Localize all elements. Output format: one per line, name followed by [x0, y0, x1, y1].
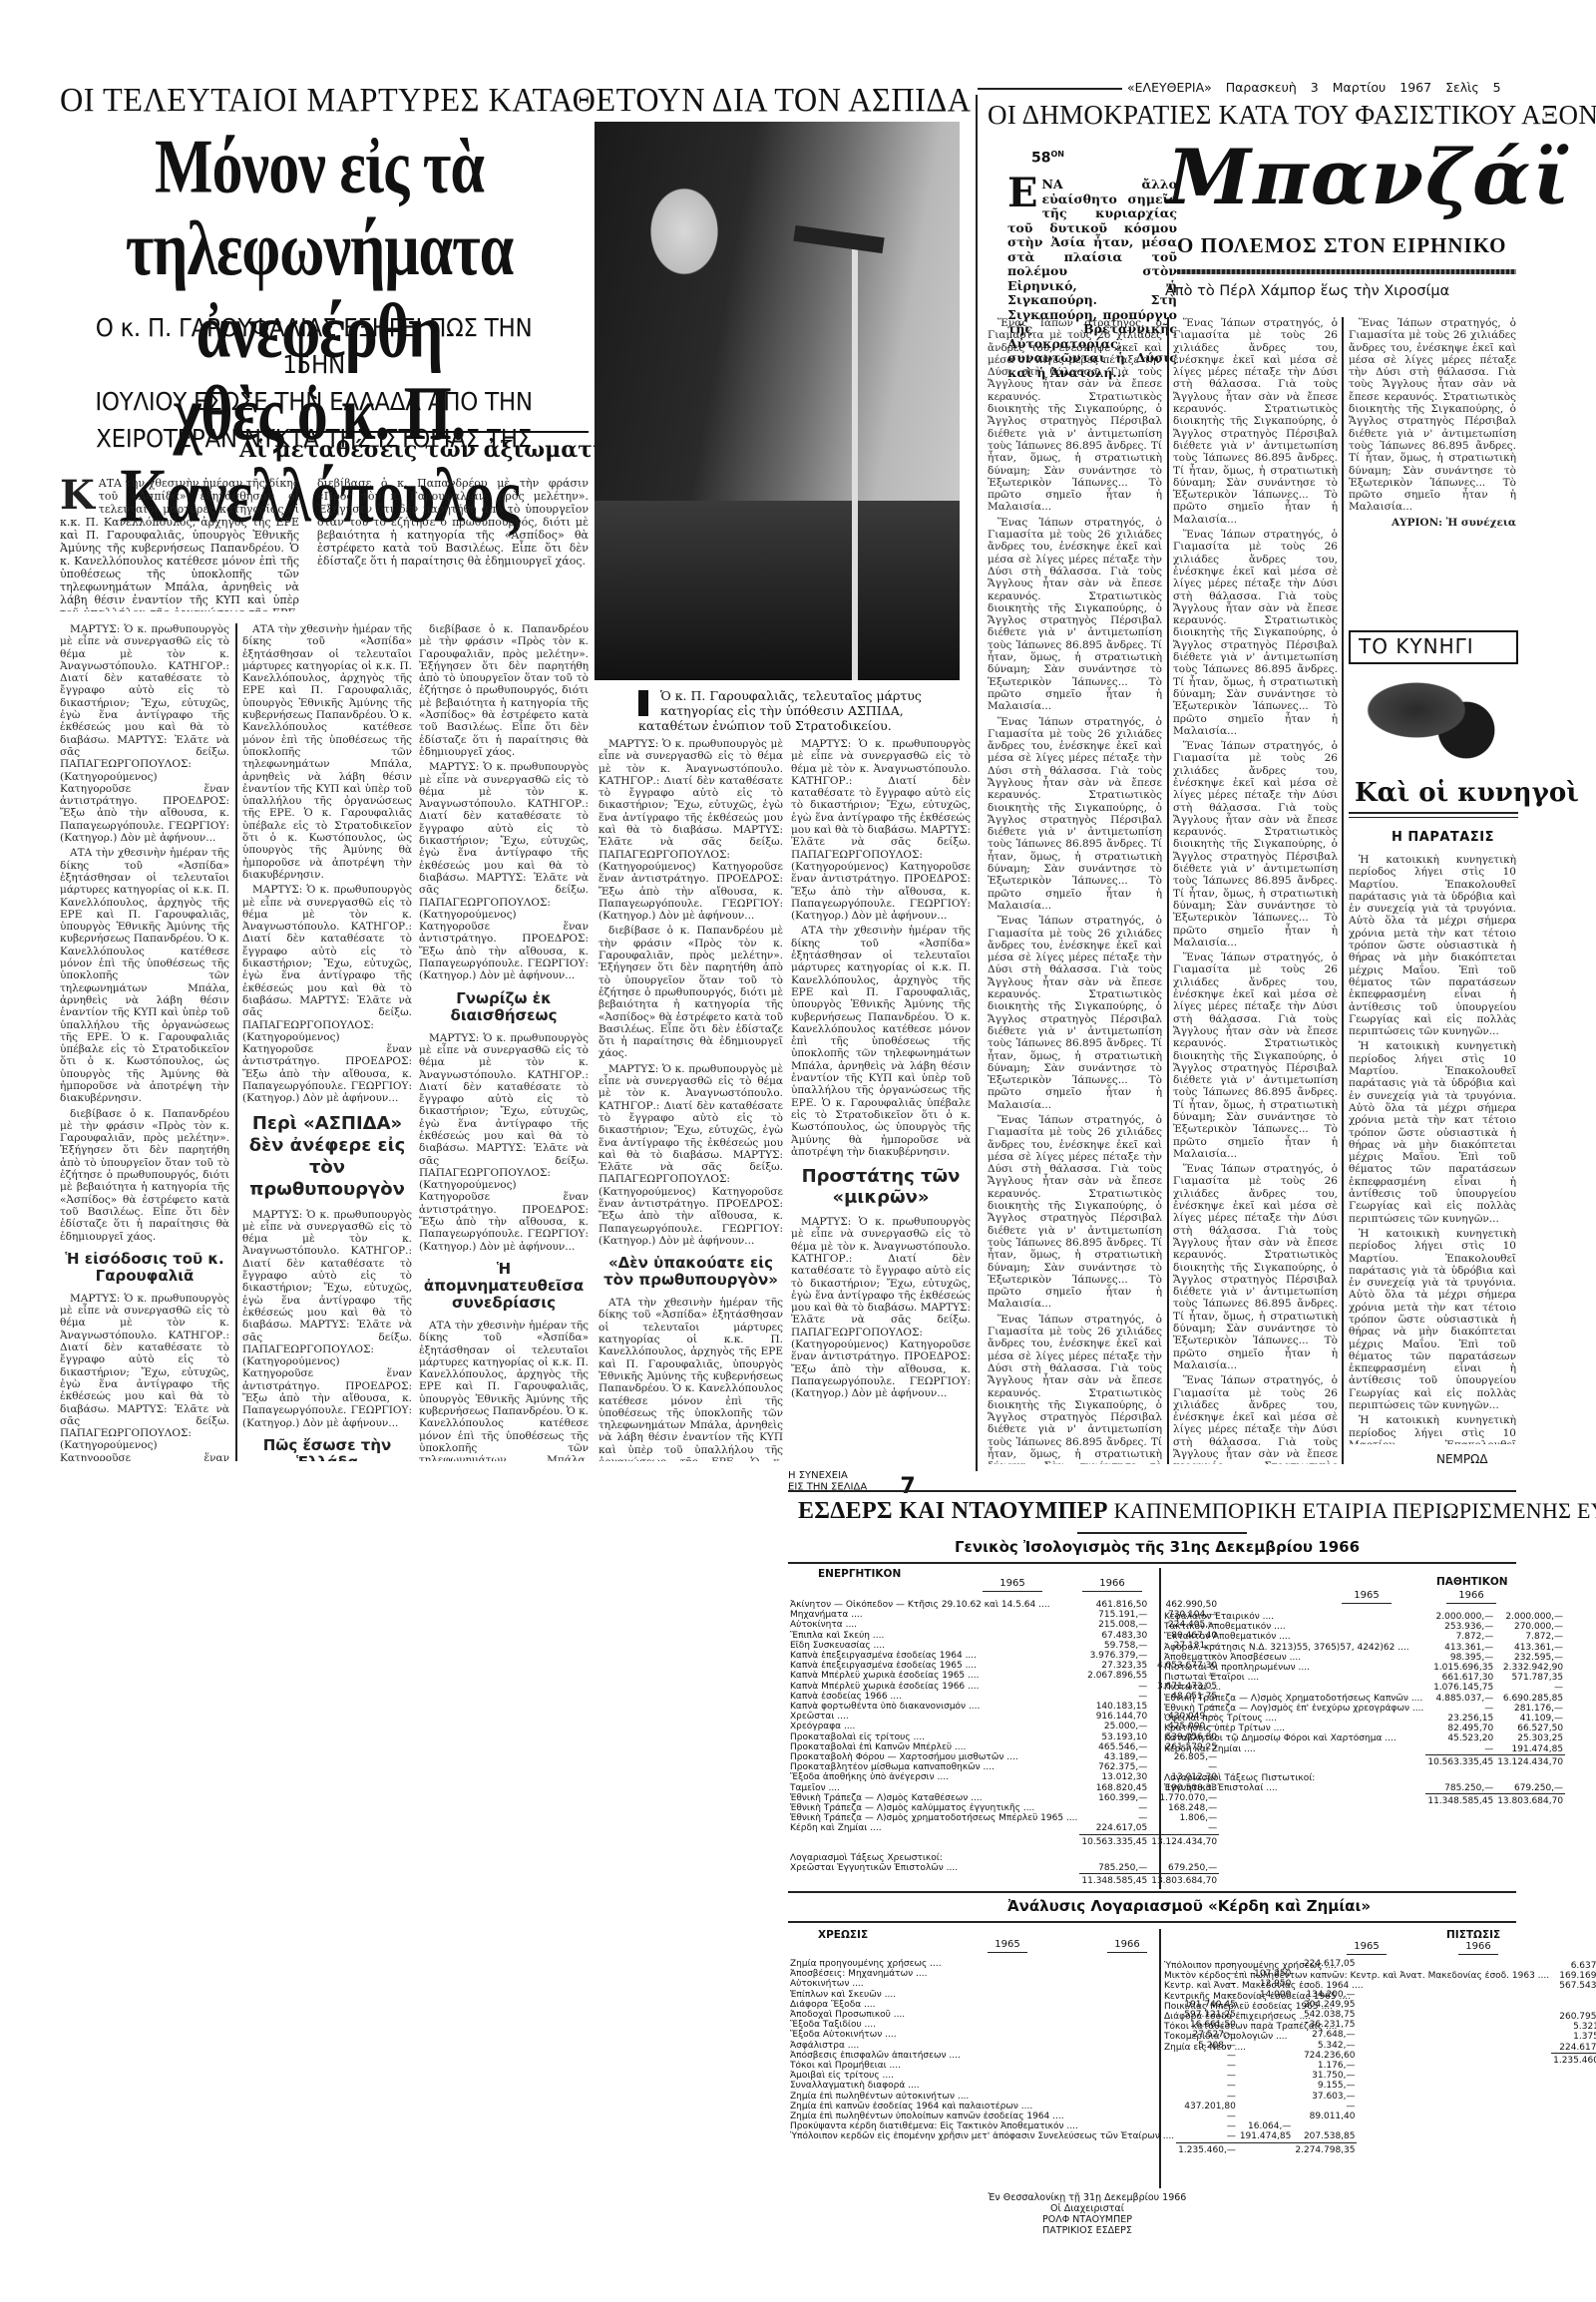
value-y1965: 224.617,05	[1079, 1823, 1149, 1834]
body-paragraph: Ἕνας Ἰάπων στρατηγός, ὁ Γιαμασίτα μὲ τοὺ…	[1173, 1163, 1338, 1371]
value-mid	[1238, 2081, 1294, 2091]
value-y1965: 140.183,15	[1079, 1702, 1149, 1712]
body-paragraph: ΜΑΡΤΥΣ: Ὁ κ. πρωθυπουργὸς μὲ εἶπε νὰ συν…	[419, 1032, 589, 1253]
table-row: Κέρδη καὶ Ζημίαι ....224.617,05—	[788, 1823, 1219, 1834]
body-column-1: ΜΑΡΤΥΣ: Ὁ κ. πρωθυπουργὸς μὲ εἶπε νὰ συν…	[60, 623, 229, 1461]
row-label: Ἔπιπλα καὶ Σκεύη ....	[788, 1631, 1079, 1641]
subhead-line-1: Ο κ. Π. ΓΑΡΟΥΦΑΛΙΑΣ ΕΞΗΓΕΙ ΠΩΣ ΤΗΝ 15ΗΝ	[80, 309, 548, 383]
row-label: Ὀφειλαὶ πρὸς Τρίτους ....	[1162, 1714, 1425, 1724]
memo-heading: Λογαριασμοὶ Τάξεως Χρεωστικοί:	[788, 1847, 1219, 1863]
masthead-rule	[978, 88, 1122, 90]
row-label: Ζημία ἐπὶ πωληθέντων αὐτοκινήτων ....	[788, 2092, 1176, 2102]
table-row: 1.235.460,—2.274.798,35	[788, 2142, 1357, 2155]
table-row: Μηχανήματα ....715.191,—730.104,—	[788, 1610, 1219, 1620]
table-row: 11.348.585,4513.803.684,70	[788, 1874, 1219, 1887]
row-label: Τοκομερίδια Ὁμολογιῶν ....	[1162, 2032, 1551, 2042]
body-paragraph: ΜΑΡΤΥΣ: Ὁ κ. πρωθυπουργὸς μὲ εἶπε νὰ συν…	[242, 884, 412, 1104]
signature-role: Οἱ Διαχειρισταί	[968, 2203, 1207, 2214]
table-row: Ὑπόλοιπον κερδῶν εἰς ἑπομένην χρῆσιν μετ…	[788, 2131, 1357, 2142]
value-y1966: 89.011,40	[1293, 2111, 1357, 2121]
value-mid	[1238, 2092, 1294, 2102]
row-label: Ἀφορολ. κράτησις Ν.Δ. 3213)55, 3765)57, …	[1162, 1643, 1425, 1653]
value-y1965: —	[1176, 2111, 1238, 2121]
pl-column-divider	[1159, 1929, 1161, 2188]
value-y1965: 413.361,—	[1425, 1643, 1495, 1653]
debits-heading: ΧΡΕΩΣΙΣ	[818, 1929, 868, 1941]
table-row: Χρεόγραφα ....25.000,—425.000,—	[788, 1722, 1219, 1731]
table-row: Ὀφειλαὶ πρὸς Τρίτους ....23.256,1541.109…	[1162, 1714, 1565, 1724]
row-label: Ἐγγυητικαὶ Ἐπιστολαί ....	[1162, 1783, 1425, 1794]
value-y1965: 5.321,—	[1551, 2022, 1596, 2032]
value-y1965: 82.495,70	[1425, 1724, 1495, 1733]
liabilities-table: Κεφάλαιον Ἑταιρικόν ....2.000.000,—2.000…	[1162, 1612, 1565, 1807]
body-paragraph: διεβίβασε ὁ κ. Παπανδρέου μὲ τὴν φράσιν …	[419, 623, 589, 758]
table-row: Ἐθνικὴ Τράπεζα — Λ)σμὸς χρηματοδοτήσεως …	[788, 1813, 1219, 1823]
value-y1965: 43.189,—	[1079, 1752, 1149, 1762]
signoff: ΑΥΡΙΟΝ: Ἡ συνέχεια	[1349, 517, 1516, 529]
row-label: Προκαταβολὴ Φόρου — Χαρτοσήμου μισθωτῶν …	[788, 1752, 1079, 1762]
row-label: Ἐθνικὴ Τράπεζα — Λ)σμὸς χρηματοδοτήσεως …	[788, 1813, 1079, 1823]
caption-text: Ὁ κ. Π. Γαρουφαλιᾶς, τελευταῖος μάρτυς κ…	[638, 688, 922, 733]
signature-place-date: Ἐν Θεσσαλονίκῃ τῇ 31ῃ Δεκεμβρίου 1966	[968, 2192, 1207, 2203]
body-column-5: ΜΑΡΤΥΣ: Ὁ κ. πρωθυπουργὸς μὲ εἶπε νὰ συν…	[791, 738, 971, 1461]
row-label: Συναλλαγματικὴ διαφορά ....	[788, 2081, 1176, 2091]
value-y1965: 3.976.379,—	[1079, 1651, 1149, 1661]
table-row: Ἐγγυητικαὶ Ἐπιστολαί ....785.250,—679.25…	[1162, 1783, 1565, 1794]
table-row: Ἀμοιβαὶ εἰς τρίτους ....—31.750,—	[788, 2071, 1357, 2081]
pl-title: Ἀνάλυσις Λογαριασμοῦ «Κέρδη καὶ Ζημίαι»	[1007, 1897, 1371, 1915]
value-y1965: 785.250,—	[1079, 1863, 1149, 1874]
row-label: Ζημία ἐπὶ πωληθέντων ὑπολοίπων καπνῶν ἐσ…	[788, 2111, 1176, 2121]
memo-heading: Λογαριασμοὶ Τάξεως Πιστωτικοί:	[1162, 1767, 1565, 1783]
body-paragraph: Ἕνας Ἰάπων στρατηγός, ὁ Γιαμασίτα μὲ τοὺ…	[1173, 952, 1338, 1160]
table-row: Ἐθνικὴ Τράπεζα — Λ)σμὸς Χρηματοδοτήσεως …	[1162, 1694, 1565, 1704]
value-y1965: 785.250,—	[1425, 1783, 1495, 1794]
row-label: Ταμεῖον ....	[788, 1783, 1079, 1793]
table-row: Ταμεῖον ....168.820,45190.508,33	[788, 1783, 1219, 1793]
issue-date: Παρασκευὴ 3 Μαρτίου 1967	[1226, 80, 1431, 95]
table-row: Ὑπόλοιπον προηγουμένης χρήσεως ....6.637…	[1162, 1961, 1596, 1971]
credits-table: Ὑπόλοιπον προηγουμένης χρήσεως ....6.637…	[1162, 1961, 1596, 2066]
photo-witness	[595, 122, 960, 680]
value-y1965: 1.076.145,75	[1425, 1683, 1495, 1693]
photo-caption: Ὁ κ. Π. Γαρουφαλιᾶς, τελευταῖος μάρτυς κ…	[638, 688, 978, 733]
series-subtitle: Ο ΠΟΛΕΜΟΣ ΣΤΟΝ ΕΙΡΗΝΙΚΟ	[1177, 233, 1506, 258]
table-row: Προκαταβλητέον μίσθωμα καπναποθηκῶν ....…	[788, 1762, 1219, 1772]
inner-heading: Ἡ ἀπομνηματευθεῖσα συνεδρίασις	[419, 1261, 589, 1312]
memo-heading-row: Λογαριασμοὶ Τάξεως Πιστωτικοί:	[1162, 1767, 1565, 1783]
value-y1966: 232.595,—	[1495, 1653, 1565, 1663]
row-label: Κεντρ. καὶ Ἀνατ. Μακεδονίας ἐσοδ. 1964 .…	[1162, 1981, 1551, 1991]
body-paragraph: ΜΑΡΤΥΣ: Ὁ κ. πρωθυπουργὸς μὲ εἶπε νὰ συν…	[598, 1063, 783, 1247]
table-row: Καπνὰ Μπέρλεϋ χωρικὰ ἐσοδείας 1966 ....—…	[788, 1682, 1219, 1692]
pl-top-rule	[788, 1891, 1516, 1893]
row-label: Ἐθνικὴ Τράπεζα — Λογ)σμὸς ἐπ' ἐνεχύρω χρ…	[1162, 1704, 1425, 1714]
row-label	[1162, 1754, 1425, 1767]
photo-mic-stand	[852, 241, 858, 680]
row-label: Ἔκτακτον Ἀποθεματικόν ....	[1162, 1632, 1425, 1642]
table-row: Καταβλητέοι τῷ Δημοσίῳ Φόροι καὶ Χαρτόση…	[1162, 1733, 1565, 1743]
value-y1965: —	[1079, 1682, 1149, 1692]
assets-heading: ΕΝΕΡΓΗΤΙΚΟΝ	[818, 1568, 901, 1580]
value-y1966: 2.274.798,35	[1293, 2142, 1357, 2155]
continuation-label: Η ΣΥΝΕΧΕΙΑ	[788, 1470, 848, 1481]
column-divider	[1167, 317, 1169, 1464]
row-label	[788, 2142, 1176, 2155]
table-row: Τακτικὸν Ἀποθεματικόν ....253.936,—270.0…	[1162, 1622, 1565, 1632]
body-paragraph: ΜΑΡΤΥΣ: Ὁ κ. πρωθυπουργὸς μὲ εἶπε νὰ συν…	[242, 1209, 412, 1429]
value-y1965: 6.637,35	[1551, 1961, 1596, 1971]
right-kicker: ΟΙ ΔΗΜΟΚΡΑΤΙΕΣ ΚΑΤΑ ΤΟΥ ΦΑΣΙΣΤΙΚΟΥ ΑΞΟΝΟ…	[988, 100, 1596, 131]
company-description: ΚΑΠΝΕΜΠΟΡΙΚΗ ΕΤΑΙΡΙΑ ΠΕΡΙΩΡΙΣΜΕΝΗΣ ΕΥΘΥΝ…	[1114, 1498, 1596, 1523]
table-row: Πιστωταί ....1.076.145,75—	[1162, 1683, 1565, 1693]
company-title: ΕΣΔΕΡΣ ΚΑΙ ΝΤΑΟΥΜΠΕΡ ΚΑΠΝΕΜΠΟΡΙΚΗ ΕΤΑΙΡΙ…	[798, 1498, 1516, 1525]
table-row: Καπνὰ φορτωθέντα ὑπὸ διακανονισμόν ....1…	[788, 1702, 1219, 1712]
row-label: Καπνὰ ἐσοδείας 1966 ....	[788, 1692, 1079, 1702]
photo-desk	[595, 501, 960, 680]
continuation-page: 7	[900, 1474, 915, 1499]
signature-name-2: ΠΑΤΡΙΚΙΟΣ ΕΣΔΕΡΣ	[968, 2225, 1207, 2236]
row-label: Κεφάλαιον Ἑταιρικόν ....	[1162, 1612, 1425, 1622]
value-y1965: 10.563.335,45	[1079, 1834, 1149, 1847]
row-label: Χρεῶσται ....	[788, 1712, 1079, 1722]
row-label: Προκαταβλητέον μίσθωμα καπναποθηκῶν ....	[788, 1762, 1079, 1772]
year-1965: 1965	[988, 1939, 1027, 1953]
row-label: Ἔξοδα Αὐτοκινήτων ....	[788, 2030, 1176, 2040]
inner-heading: «Δὲν ὑπακούατε εἰς τὸν πρωθυπουργὸν»	[598, 1255, 783, 1289]
row-label: Κέρδη καὶ Ζημίαι ....	[1162, 1744, 1425, 1755]
dropcap: Κ	[60, 479, 95, 513]
value-y1965: 27.323,35	[1079, 1661, 1149, 1671]
value-y1965: 7.872,—	[1425, 1632, 1495, 1642]
value-y1966: 66.527,50	[1495, 1724, 1565, 1733]
table-row: Αὐτοκίνητα ....215.008,—224.405,—	[788, 1620, 1219, 1630]
value-y1965: 168.820,45	[1079, 1783, 1149, 1793]
value-y1965: 53.193,10	[1079, 1732, 1149, 1742]
series-title: Μπανζάϊ	[1167, 138, 1571, 217]
body-paragraph: Ἕνας Ἰάπων στρατηγός, ὁ Γιαμασίτα μὲ τοὺ…	[988, 716, 1162, 913]
signature-block: Ἐν Θεσσαλονίκῃ τῇ 31ῃ Δεκεμβρίου 1966 Οἱ…	[968, 2192, 1207, 2236]
inner-heading: Ἡ εἰσόδοσις τοῦ κ. Γαρουφαλιᾶ	[60, 1251, 229, 1285]
row-label: Ἀποδοχαὶ Προσωπικοῦ ....	[788, 2010, 1176, 2020]
table-row: Ἀποθεματικὸν Ἀποσβέσεων ....98.395,—232.…	[1162, 1653, 1565, 1663]
row-label: Προκαταβολαὶ ἐπὶ Καπνῶν Μπέρλεϋ ....	[788, 1742, 1079, 1752]
body-paragraph: ΜΑΡΤΥΣ: Ὁ κ. πρωθυπουργὸς μὲ εἶπε νὰ συν…	[598, 738, 783, 922]
table-row: Ἔπιπλα καὶ Σκεύη ....67.483,3080.467,40	[788, 1631, 1219, 1641]
value-mid	[1238, 2142, 1294, 2155]
value-y1965: 437.201,80	[1176, 2102, 1238, 2111]
row-label: Ἐθνικὴ Τράπεζα — Λ)σμὸς καλύμματος ἐγγυη…	[788, 1803, 1079, 1813]
body-paragraph: ΜΑΡΤΥΣ: Ὁ κ. πρωθυπουργὸς μὲ εἶπε νὰ συν…	[60, 1293, 229, 1461]
ad-subhead: Η ΠΑΡΑΤΑΣΙΣ	[1392, 830, 1494, 845]
table-row: Πιστωταὶ δι προπληρωμένων ....1.015.696,…	[1162, 1663, 1565, 1673]
row-label	[1162, 2053, 1551, 2066]
body-paragraph: ΜΑΡΤΥΣ: Ὁ κ. πρωθυπουργὸς μὲ εἶπε νὰ συν…	[419, 761, 589, 981]
body-column-2: ΑΤΑ τὴν χθεσινὴν ἡμέραν τῆς δίκης τοῦ «Ἀ…	[242, 623, 412, 1461]
divider	[239, 431, 589, 433]
value-y1966: 25.303,25	[1495, 1733, 1565, 1743]
body-paragraph: Ἕνας Ἰάπων στρατηγός, ὁ Γιαμασίτα μὲ τοὺ…	[988, 1314, 1162, 1464]
value-y1965: 1.015.696,35	[1425, 1663, 1495, 1673]
value-y1965: —	[1176, 2092, 1238, 2102]
value-y1966: 7.872,—	[1495, 1632, 1565, 1642]
body-paragraph: Ἕνας Ἰάπων στρατηγός, ὁ Γιαμασίτα μὲ τοὺ…	[1349, 317, 1516, 514]
value-y1966: 191.474,85	[1495, 1744, 1565, 1755]
row-label: Ἀσφάλιστρα ....	[788, 2041, 1176, 2051]
row-label	[788, 1834, 1079, 1847]
row-label: Ἐπίπλων καὶ Σκευῶν ....	[788, 1990, 1176, 2000]
table-row: Χρεῶσται Ἐγγυητικῶν Ἐπιστολῶν ....785.25…	[788, 1863, 1219, 1874]
value-y1965: 1.235.460,—	[1551, 2053, 1596, 2066]
table-row: Καπνὰ ἐπεξειργασμένα ἐσοδείας 1964 ....3…	[788, 1651, 1219, 1661]
value-y1966: —	[1293, 2102, 1357, 2111]
body-column-3: διεβίβασε ὁ κ. Παπανδρέου μὲ τὴν φράσιν …	[419, 623, 589, 1461]
left-kicker: ΟΙ ΤΕΛΕΥΤΑΙΟΙ ΜΑΡΤΥΡΕΣ ΚΑΤΑΘΕΤΟΥΝ ΔΙΑ ΤΟ…	[60, 82, 971, 120]
value-y1965: 169.169,85	[1551, 1971, 1596, 1981]
table-row: Ζημία ἐπὶ καπνῶν ἐσοδείας 1964 καὶ παλαι…	[788, 2102, 1357, 2111]
right-column-1: Ἕνας Ἰάπων στρατηγός, ὁ Γιαμασίτα μὲ τοὺ…	[988, 317, 1162, 1464]
body-paragraph: Ἕνας Ἰάπων στρατηγός, ὁ Γιαμασίτα μὲ τοὺ…	[1173, 317, 1338, 526]
value-mid	[1238, 2102, 1294, 2111]
column-divider	[1342, 317, 1344, 1464]
row-label: Χρεῶσται Ἐγγυητικῶν Ἐπιστολῶν ....	[788, 1863, 1079, 1874]
table-row: Ποικιλίας Μπέρλεϋ ἐσοδείας 1965 ....—110…	[1162, 2002, 1596, 2012]
value-y1966: 281.176,—	[1495, 1704, 1565, 1714]
row-label: Ὑπόλοιπον προηγουμένης χρήσεως ....	[1162, 1961, 1551, 1971]
headline-line-1: Μόνον εἰς τὰ τηλεφωνήματα	[60, 126, 579, 290]
value-y1965: 567.543,80	[1551, 1981, 1596, 1991]
row-label: Μηχανήματα ....	[788, 1610, 1079, 1620]
body-paragraph: Ἕνας Ἰάπων στρατηγός, ὁ Γιαμασίτα μὲ τοὺ…	[988, 517, 1162, 713]
table-row: Ζημία ἐπὶ πωληθέντων αὐτοκινήτων ....—37…	[788, 2092, 1357, 2102]
masthead: «ΕΛΕΥΘΕΡΙΑ» Παρασκευὴ 3 Μαρτίου 1967 Σελ…	[1127, 80, 1501, 95]
table-row: Κρατήσεις ὑπὲρ Τρίτων ....82.495,7066.52…	[1162, 1724, 1565, 1733]
right-column-3: Ἕνας Ἰάπων στρατηγός, ὁ Γιαμασίτα μὲ τοὺ…	[1349, 317, 1516, 616]
row-label: Κέρδη καὶ Ζημίαι ....	[788, 1823, 1079, 1834]
body-column-4: ΜΑΡΤΥΣ: Ὁ κ. πρωθυπουργὸς μὲ εἶπε νὰ συν…	[598, 738, 783, 1461]
table-row: 1.235.460,—2.274.798,35	[1162, 2053, 1596, 2066]
row-label: Αὐτοκινήτων ....	[788, 1979, 1176, 1989]
table-row: Κέρδη καὶ Ζημίαι ....—191.474,85	[1162, 1744, 1565, 1755]
ad-paragraph: Ἡ κατοικικὴ κυνηγετικὴ περίοδος λήγει στ…	[1349, 1414, 1516, 1444]
table-row: Ζημία ἐπὶ πωληθέντων ὑπολοίπων καπνῶν ἐσ…	[788, 2111, 1357, 2121]
table-row: Ἀφορολ. κράτησις Ν.Δ. 3213)55, 3765)57, …	[1162, 1643, 1565, 1653]
balance-rule	[788, 1562, 1516, 1564]
signature-name-1: ΡΟΛΦ ΝΤΑΟΥΜΠΕΡ	[968, 2214, 1207, 2225]
body-paragraph: Ἕνας Ἰάπων στρατηγός, ὁ Γιαμασίτα μὲ τοὺ…	[1173, 529, 1338, 737]
balance-title: Γενικὸς Ἰσολογισμὸς τῆς 31ης Δεκεμβρίου …	[798, 1538, 1516, 1556]
value-y1965: 465.546,—	[1079, 1742, 1149, 1752]
section-title: Αἱ μεταθέσεις τῶν ἀξιωματικῶν	[239, 437, 655, 463]
inner-heading: Προστάτης τῶν «μικρῶν»	[791, 1166, 971, 1208]
memo-heading-row: Λογαριασμοὶ Τάξεως Χρεωστικοί:	[788, 1847, 1219, 1863]
inner-heading: Περὶ «ΑΣΠΙΔΑ» δὲν ἀνέφερε εἰς τὸν πρωθυπ…	[242, 1113, 412, 1201]
value-y1965: —	[1551, 2002, 1596, 2012]
row-label: Προκύψαντα κέρδη διατιθέμενα: Εἰς Τακτικ…	[788, 2121, 1176, 2131]
title-underline	[1077, 1532, 1247, 1534]
value-y1965: 25.000,—	[1079, 1722, 1149, 1731]
year-1966: 1966	[1446, 1590, 1496, 1604]
value-y1966: 37.603,—	[1293, 2092, 1357, 2102]
row-label: Ἀκίνητον — Οἰκόπεδον — Κτῆσις 29.10.62 κ…	[788, 1600, 1079, 1610]
value-y1966: 31.750,—	[1293, 2071, 1357, 2081]
episode-value: 58	[1031, 151, 1050, 167]
value-y1965: 2.067.896,55	[1079, 1671, 1149, 1681]
body-paragraph: Ἕνας Ἰάπων στρατηγός, ὁ Γιαμασίτα μὲ τοὺ…	[1173, 1374, 1338, 1464]
value-y1965: 260.795,95	[1551, 2012, 1596, 2022]
ad-paragraph: Ἡ κατοικικὴ κυνηγετικὴ περίοδος λήγει στ…	[1349, 1040, 1516, 1224]
ad-signature: ΝΕΜΡΩΔ	[1436, 1452, 1488, 1466]
table-row: Προκαταβολαὶ εἰς τρίτους ....53.193,1053…	[788, 1732, 1219, 1742]
ad-paragraph: Ἡ κατοικικὴ κυνηγετικὴ περίοδος λήγει στ…	[1349, 854, 1516, 1037]
value-mid: 191.474,85	[1238, 2131, 1294, 2142]
value-y1966: —	[1495, 1683, 1565, 1693]
intro-column-1: ΚΑΤΑ τὴν χθεσινὴν ἡμέραν τῆς δίκης τοῦ «…	[60, 477, 299, 611]
body-paragraph: ΑΤΑ τὴν χθεσινὴν ἡμέραν τῆς δίκης τοῦ «Ἀ…	[419, 1320, 589, 1461]
value-y1966: 571.787,35	[1495, 1673, 1565, 1683]
value-y1965: 224.617,05	[1551, 2043, 1596, 2054]
ad-body: Ἡ κατοικικὴ κυνηγετικὴ περίοδος λήγει στ…	[1349, 854, 1516, 1444]
ad-paragraph: Ἡ κατοικικὴ κυνηγετικὴ περίοδος λήγει στ…	[1349, 1228, 1516, 1411]
row-label: Ποικιλίας Μπέρλεϋ ἐσοδείας 1965 ....	[1162, 2002, 1551, 2012]
credits-heading: ΠΙΣΤΩΣΙΣ	[1446, 1929, 1500, 1941]
value-y1966: 9.155,—	[1293, 2081, 1357, 2091]
value-y1966: 6.690.285,85	[1495, 1694, 1565, 1704]
inner-heading: Πῶς ἔσωσε τὴν Ἑλλάδα	[242, 1437, 412, 1461]
row-label: Ἐθνικὴ Τράπεζα — Λ)σμὸς Καταθέσεων ....	[788, 1793, 1079, 1803]
table-row: Συναλλαγματικὴ διαφορά ....—9.155,—	[788, 2081, 1357, 2091]
table-row: Ἐθνικὴ Τράπεζα — Λογ)σμὸς ἐπ' ἐνεχύρω χρ…	[1162, 1704, 1565, 1714]
table-row: Τόκοι καταθέσεων παρὰ Τραπέζαις ....5.32…	[1162, 2022, 1596, 2032]
value-y1965: 23.256,15	[1425, 1714, 1495, 1724]
year-1966: 1966	[1458, 1941, 1498, 1955]
subhead-line-2: ΙΟΥΛΙΟΥ ΕΣΩΣΕ ΤΗΝ ΕΛΛΑΔΑ ΑΠΟ ΤΗΝ	[80, 383, 548, 420]
year-1966: 1966	[1107, 1939, 1147, 1953]
body-paragraph: Ἕνας Ἰάπων στρατηγός, ὁ Γιαμασίτα μὲ τοὺ…	[988, 915, 1162, 1111]
table-row: Χρεῶσται ....916.144,70430.049,—	[788, 1712, 1219, 1722]
page-divider	[976, 95, 978, 1471]
table-row: Προκαταβολαὶ ἐπὶ Καπνῶν Μπέρλεϋ ....465.…	[788, 1742, 1219, 1752]
table-row: 11.348.585,4513.803.684,70	[1162, 1794, 1565, 1807]
table-row: Προκαταβολὴ Φόρου — Χαρτοσήμου μισθωτῶν …	[788, 1752, 1219, 1762]
value-y1966: 679.250,—	[1495, 1783, 1565, 1794]
value-y1965: 98.395,—	[1425, 1653, 1495, 1663]
body-paragraph: ΑΤΑ τὴν χθεσινὴν ἡμέραν τῆς δίκης τοῦ «Ἀ…	[791, 925, 971, 1158]
body-paragraph: διεβίβασε ὁ κ. Παπανδρέου μὲ τὴν φράσιν …	[60, 1108, 229, 1243]
row-label: Εἴδη Συσκευασίας ....	[788, 1641, 1079, 1651]
row-label: Πιστωταὶ Ἑταῖροι ....	[1162, 1673, 1425, 1683]
row-label: Διάφορα ἔσοδα ἐπιχειρήσεως ....	[1162, 2012, 1551, 2022]
body-paragraph: ΜΑΡΤΥΣ: Ὁ κ. πρωθυπουργὸς μὲ εἶπε νὰ συν…	[791, 738, 971, 922]
value-y1965: 59.758,—	[1079, 1641, 1149, 1651]
value-y1965: —	[1079, 1803, 1149, 1813]
table-row: Ἐθνικὴ Τράπεζα — Λ)σμὸς Καταθέσεων ....1…	[788, 1793, 1219, 1803]
value-y1965: 13.012,30	[1079, 1772, 1149, 1782]
row-label: Ἀποθεματικὸν Ἀποσβέσεων ....	[1162, 1653, 1425, 1663]
table-row: Πιστωταὶ Ἑταῖροι ....661.617,30571.787,3…	[1162, 1673, 1565, 1683]
value-y1965: —	[1425, 1744, 1495, 1755]
table-row: 10.563.335,4513.124.434,70	[788, 1834, 1219, 1847]
value-y1965: 461.816,50	[1079, 1600, 1149, 1610]
year-1965: 1965	[1342, 1590, 1392, 1604]
value-y1965: 215.008,—	[1079, 1620, 1149, 1630]
row-label: Τόκοι καταθέσεων παρὰ Τραπέζαις ....	[1162, 2022, 1551, 2032]
episode-suffix: ΟΝ	[1050, 150, 1064, 159]
row-label: Μικτὸν κέρδος ἐπὶ πωληθέντων καπνῶν: Κεν…	[1162, 1971, 1551, 1981]
row-label: Ἐθνικὴ Τράπεζα — Λ)σμὸς Χρηματοδοτήσεως …	[1162, 1694, 1425, 1704]
intro-column-2: διεβίβασε ὁ κ. Παπανδρέου μὲ τὴν φράσιν …	[317, 477, 589, 611]
body-paragraph: ΜΑΡΤΥΣ: Ὁ κ. πρωθυπουργὸς μὲ εἶπε νὰ συν…	[60, 623, 229, 844]
value-y1965: 2.000.000,—	[1425, 1612, 1495, 1622]
row-label: Ἔξοδα ἀποθήκης ὑπὸ ἀνέγερσιν ....	[788, 1772, 1079, 1782]
series-tagline: Ἀπὸ τὸ Πέρλ Χάμπορ ἕως τὴν Χιροσίμα	[1165, 283, 1449, 299]
assets-table: Ἀκίνητον — Οἰκόπεδον — Κτῆσις 29.10.62 κ…	[788, 1600, 1219, 1886]
value-y1965: 1.375,—	[1551, 2032, 1596, 2042]
value-y1966: 2.332.942,90	[1495, 1663, 1565, 1673]
row-label: Διάφορα Ἔξοδα ....	[788, 2000, 1176, 2010]
value-y1966: 413.361,—	[1495, 1643, 1565, 1653]
value-y1966: 13.124.434,70	[1495, 1754, 1565, 1767]
value-y1965: 253.936,—	[1425, 1622, 1495, 1632]
row-label: Προκαταβολαὶ εἰς τρίτους ....	[788, 1732, 1079, 1742]
value-y1965: 160.399,—	[1079, 1793, 1149, 1803]
table-row: Καπνὰ ἐπεξειργασμένα ἐσοδείας 1965 ....2…	[788, 1661, 1219, 1671]
value-y1966	[1293, 2121, 1357, 2131]
table-row: Εἴδη Συσκευασίας ....59.758,—27.131,—	[788, 1641, 1219, 1651]
table-row: Προκύψαντα κέρδη διατιθέμενα: Εἰς Τακτικ…	[788, 2121, 1357, 2131]
table-row: Ἔξοδα ἀποθήκης ὑπὸ ἀνέγερσιν ....13.012,…	[788, 1772, 1219, 1782]
row-label: Καπνὰ ἐπεξειργασμένα ἐσοδείας 1965 ....	[788, 1661, 1079, 1671]
value-y1965: —	[1079, 1692, 1149, 1702]
page-number: Σελὶς 5	[1445, 80, 1501, 95]
financial-top-rule	[788, 1490, 1516, 1492]
value-y1966: 270.000,—	[1495, 1622, 1565, 1632]
year-1965: 1965	[983, 1578, 1042, 1592]
row-label: Τακτικὸν Ἀποθεματικόν ....	[1162, 1622, 1425, 1632]
value-y1965: —	[1079, 1813, 1149, 1823]
body-paragraph: Ἕνας Ἰάπων στρατηγός, ὁ Γιαμασίτα μὲ τοὺ…	[1173, 740, 1338, 949]
value-y1965: 11.348.585,45	[1425, 1794, 1495, 1807]
row-label: Καπνὰ Μπέρλεϋ χωρικὰ ἐσοδείας 1965 ....	[788, 1671, 1079, 1681]
row-label: Ζημία ἐπὶ καπνῶν ἐσοδείας 1964 καὶ παλαι…	[788, 2102, 1176, 2111]
row-label: Καπνὰ φορτωθέντα ὑπὸ διακανονισμόν ....	[788, 1702, 1079, 1712]
table-row: Κεφάλαιον Ἑταιρικόν ....2.000.000,—2.000…	[1162, 1612, 1565, 1622]
microphone-icon	[793, 225, 884, 253]
caption-marker-icon	[638, 690, 648, 716]
table-row: 10.563.335,4513.124.434,70	[1162, 1754, 1565, 1767]
row-label: Πιστωταί ....	[1162, 1683, 1425, 1693]
row-label: Κεντρικῆς Μακεδονίας ἐσοδείας 1965 ....	[1162, 1992, 1551, 2002]
row-label: Ὑπόλοιπον κερδῶν εἰς ἑπομένην χρῆσιν μετ…	[788, 2131, 1176, 2142]
value-mid: 16.064,—	[1238, 2121, 1294, 2131]
year-1966: 1966	[1082, 1578, 1142, 1592]
inner-heading: Γνωρίζω ἐκ διαισθήσεως	[419, 990, 589, 1024]
value-mid	[1238, 2071, 1294, 2081]
value-y1965: —	[1551, 1992, 1596, 2002]
right-column-2: Ἕνας Ἰάπων στρατηγός, ὁ Γιαμασίτα μὲ τοὺ…	[1173, 317, 1338, 1464]
dropcap: Ε	[1007, 178, 1038, 209]
row-label: Κρατήσεις ὑπὲρ Τρίτων ....	[1162, 1724, 1425, 1733]
body-paragraph: ΑΤΑ τὴν χθεσινὴν ἡμέραν τῆς δίκης τοῦ «Ἀ…	[242, 623, 412, 881]
row-label: Ζημία εἰς Νέον ....	[1162, 2043, 1551, 2054]
body-paragraph: Ἕνας Ἰάπων στρατηγός, ὁ Γιαμασίτα μὲ τοὺ…	[988, 317, 1162, 514]
body-paragraph: ΑΤΑ τὴν χθεσινὴν ἡμέραν τῆς δίκης τοῦ «Ἀ…	[598, 1297, 783, 1461]
table-row: Ἔκτακτον Ἀποθεματικόν ....7.872,—7.872,—	[1162, 1632, 1565, 1642]
row-label	[788, 1874, 1079, 1887]
row-label: Καπνὰ ἐπεξειργασμένα ἐσοδείας 1964 ....	[788, 1651, 1079, 1661]
value-y1966: 207.538,85	[1293, 2131, 1357, 2142]
value-y1965: 10.563.335,45	[1425, 1754, 1495, 1767]
